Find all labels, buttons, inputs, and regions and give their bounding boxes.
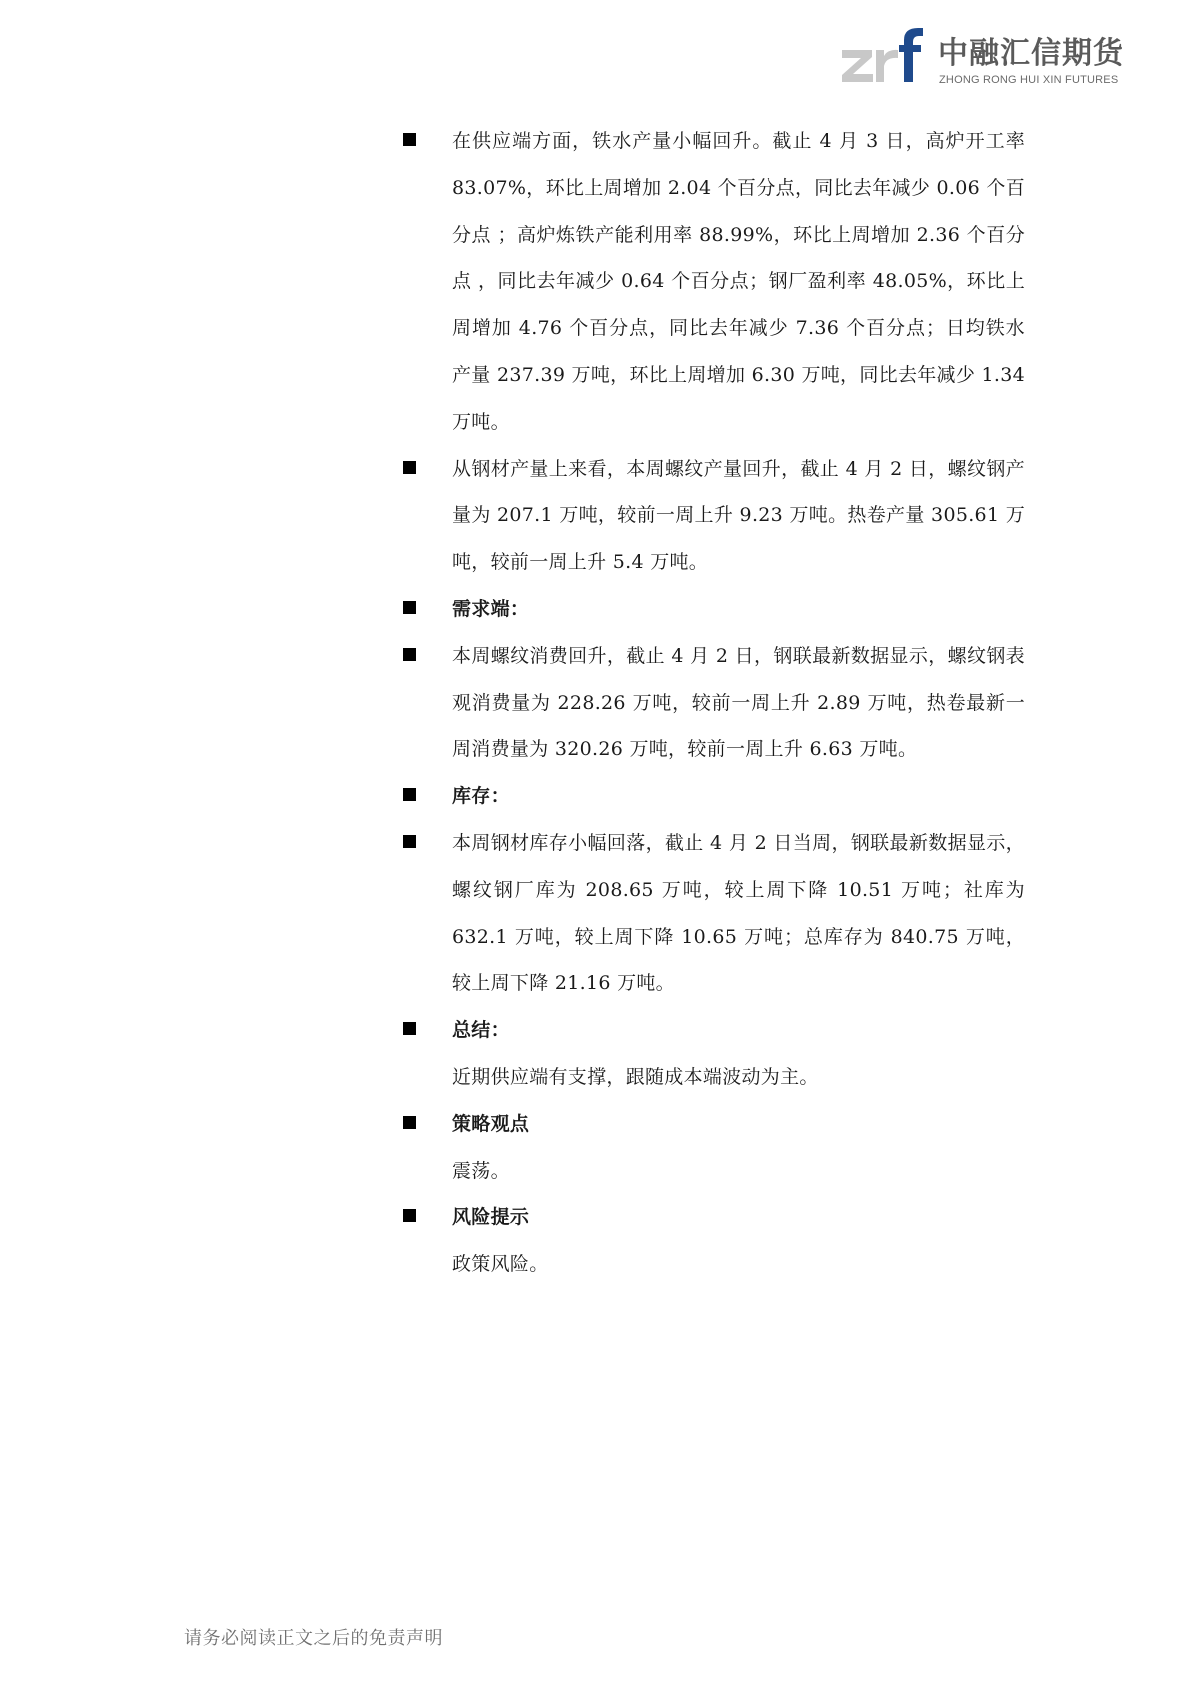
square-bullet-icon <box>403 835 416 848</box>
square-bullet-icon <box>403 788 416 801</box>
square-bullet-icon <box>403 1022 416 1035</box>
zrf-logo-icon <box>842 26 932 88</box>
disclaimer-footer: 请务必阅读正文之后的免责声明 <box>184 1624 443 1650</box>
paragraph: 震荡。 <box>452 1148 1025 1195</box>
paragraph: 在供应端方面，铁水产量小幅回升。截止 4 月 3 日，高炉开工率 83.07%，… <box>452 118 1025 446</box>
section-heading: 总结： <box>452 1007 1025 1054</box>
section-heading: 需求端： <box>452 586 1025 633</box>
square-bullet-icon <box>403 461 416 474</box>
risk-text: 政策风险。 <box>405 1241 1025 1288</box>
paragraph: 从钢材产量上来看，本周螺纹产量回升，截止 4 月 2 日，螺纹钢产量为 207.… <box>452 446 1025 586</box>
square-bullet-icon <box>403 648 416 661</box>
summary-text: 近期供应端有支撑，跟随成本端波动为主。 <box>405 1054 1025 1101</box>
supply-section: 在供应端方面，铁水产量小幅回升。截止 4 月 3 日，高炉开工率 83.07%，… <box>405 118 1025 446</box>
paragraph: 近期供应端有支撑，跟随成本端波动为主。 <box>452 1054 1025 1101</box>
company-logo: 中融汇信期货 ZHONG RONG HUI XIN FUTURES <box>842 26 1122 88</box>
inventory-heading: 库存： <box>405 773 1025 820</box>
section-heading: 风险提示 <box>452 1194 1025 1241</box>
square-bullet-icon <box>403 133 416 146</box>
strategy-heading: 策略观点 <box>405 1101 1025 1148</box>
demand-heading: 需求端： <box>405 586 1025 633</box>
square-bullet-icon <box>403 1116 416 1129</box>
paragraph: 本周钢材库存小幅回落，截止 4 月 2 日当周，钢联最新数据显示，螺纹钢厂库为 … <box>452 820 1025 1007</box>
paragraph: 本周螺纹消费回升，截止 4 月 2 日，钢联最新数据显示，螺纹钢表观消费量为 2… <box>452 633 1025 773</box>
section-heading: 库存： <box>452 773 1025 820</box>
strategy-text: 震荡。 <box>405 1148 1025 1195</box>
square-bullet-icon <box>403 601 416 614</box>
company-name-cn: 中融汇信期货 <box>938 38 1124 70</box>
demand-section: 本周螺纹消费回升，截止 4 月 2 日，钢联最新数据显示，螺纹钢表观消费量为 2… <box>405 633 1025 773</box>
steel-output-section: 从钢材产量上来看，本周螺纹产量回升，截止 4 月 2 日，螺纹钢产量为 207.… <box>405 446 1025 586</box>
summary-heading: 总结： <box>405 1007 1025 1054</box>
inventory-section: 本周钢材库存小幅回落，截止 4 月 2 日当周，钢联最新数据显示，螺纹钢厂库为 … <box>405 820 1025 1007</box>
section-heading: 策略观点 <box>452 1101 1025 1148</box>
company-name-en: ZHONG RONG HUI XIN FUTURES <box>939 74 1118 86</box>
paragraph: 政策风险。 <box>452 1241 1025 1288</box>
square-bullet-icon <box>403 1209 416 1222</box>
report-body: 在供应端方面，铁水产量小幅回升。截止 4 月 3 日，高炉开工率 83.07%，… <box>405 118 1025 1288</box>
risk-heading: 风险提示 <box>405 1194 1025 1241</box>
